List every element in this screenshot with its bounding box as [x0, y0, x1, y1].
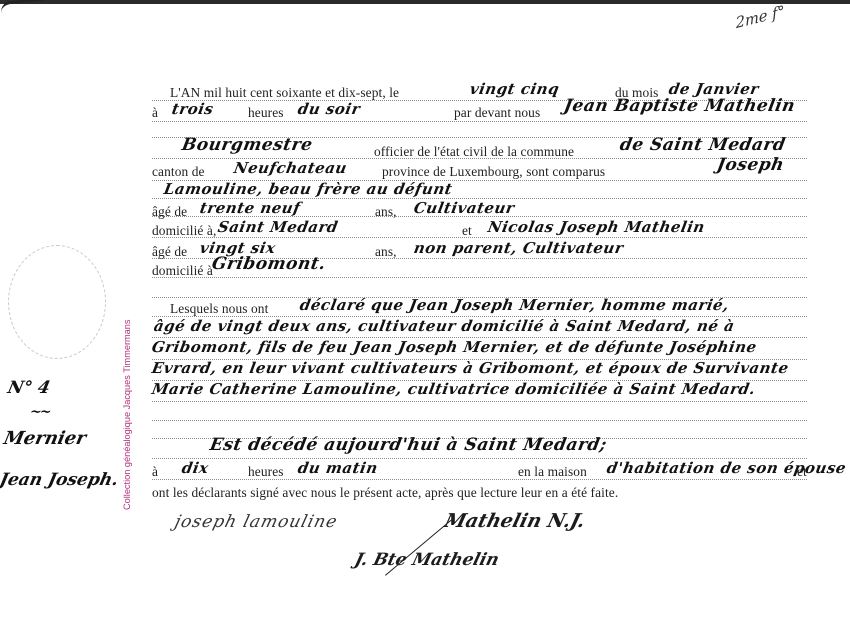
handwritten-declaration: déclaré que Jean Joseph Mernier, homme m… [298, 296, 730, 314]
handwritten-declarant2: Nicolas Joseph Mathelin [486, 218, 706, 236]
handwritten-domicile1: Saint Medard [216, 218, 339, 236]
record-line-closing: ont les déclarants signé avec nous le pr… [152, 484, 812, 504]
printed-text: officier de l'état civil de la commune [374, 143, 574, 161]
signature-officer: J. Bte Mathelin [353, 550, 502, 570]
printed-text: ans, [375, 203, 397, 221]
handwritten-age1: trente neuf [198, 199, 301, 217]
record-line-spouse-name: Marie Catherine Lamouline, cultivatrice … [152, 384, 812, 404]
handwritten-spouse-name: Marie Catherine Lamouline, cultivatrice … [150, 380, 757, 398]
faded-seal-stamp [8, 245, 106, 359]
printed-text: et [462, 222, 472, 240]
signature-declarant2: Mathelin N.J. [442, 510, 587, 532]
record-line-domicile2: domicilié à Gribomont. [152, 262, 812, 282]
margin-flourish: ~~ [28, 404, 51, 420]
handwritten-commune: de Saint Medard [618, 136, 787, 154]
handwritten-hour: trois [170, 100, 215, 118]
margin-surname: Mernier [2, 428, 88, 449]
handwritten-house: d'habitation de son épouse [605, 459, 847, 477]
printed-text: heures [248, 463, 284, 481]
handwritten-declarant1-given: Joseph [715, 156, 785, 174]
record-line-time: à trois heures du soir par devant nous J… [152, 104, 812, 124]
printed-text: âgé de [152, 243, 187, 261]
folio-annotation: 2me f° [735, 2, 785, 32]
printed-text: en la maison [518, 463, 587, 481]
printed-text: heures [248, 104, 284, 122]
scan-top-border [0, 0, 850, 4]
collection-watermark: Collection généalogique Jacques Timmerma… [122, 300, 136, 510]
printed-text: et [797, 463, 807, 481]
printed-text: Lesquels nous ont [170, 300, 268, 318]
handwritten-title: Bourgmestre [180, 136, 314, 154]
handwritten-domicile2: Gribomont. [210, 255, 327, 273]
printed-text: âgé de [152, 203, 187, 221]
printed-text: domicilié à [152, 262, 213, 280]
handwritten-death-period: du matin [296, 459, 379, 477]
handwritten-canton: Neufchateau [232, 159, 348, 177]
printed-text: province de Luxembourg, sont comparus [382, 163, 605, 181]
printed-text: canton de [152, 163, 205, 181]
handwritten-officer-name: Jean Baptiste Mathelin [562, 97, 796, 115]
printed-text: domicilié à, [152, 222, 216, 240]
handwritten-occupation1: Cultivateur [412, 199, 516, 217]
handwritten-deceased-spouse: Evrard, en leur vivant cultivateurs à Gr… [150, 359, 790, 377]
handwritten-deceased-parents: Gribomont, fils de feu Jean Joseph Merni… [150, 338, 758, 356]
handwritten-period: du soir [296, 100, 361, 118]
page-curl-mark [0, 0, 46, 13]
signature-declarant1: joseph lamouline [173, 512, 340, 532]
handwritten-declarant1-relation: Lamouline, beau frère au défunt [162, 180, 454, 198]
ruling-line [152, 420, 807, 421]
printed-text: à [152, 463, 158, 481]
handwritten-occupation2: non parent, Cultivateur [412, 239, 625, 257]
margin-given-name: Jean Joseph. [0, 470, 120, 490]
record-line-death-time: à dix heures du matin en la maison d'hab… [152, 463, 812, 483]
printed-text: ont les déclarants signé avec nous le pr… [152, 484, 618, 502]
handwritten-deceased-age: âgé de vingt deux ans, cultivateur domic… [152, 317, 736, 335]
printed-text: par devant nous [454, 104, 540, 122]
handwritten-day: vingt cinq [468, 80, 560, 98]
handwritten-death-hour: dix [180, 459, 210, 477]
printed-text: à [152, 104, 158, 122]
margin-record-number: N° 4 [6, 378, 52, 398]
civil-record-page: 2me f° N° 4 ~~ Mernier Jean Joseph. Coll… [0, 0, 850, 621]
printed-text: ans, [375, 243, 397, 261]
handwritten-death-statement: Est décédé aujourd'hui à Saint Medard; [208, 436, 608, 454]
